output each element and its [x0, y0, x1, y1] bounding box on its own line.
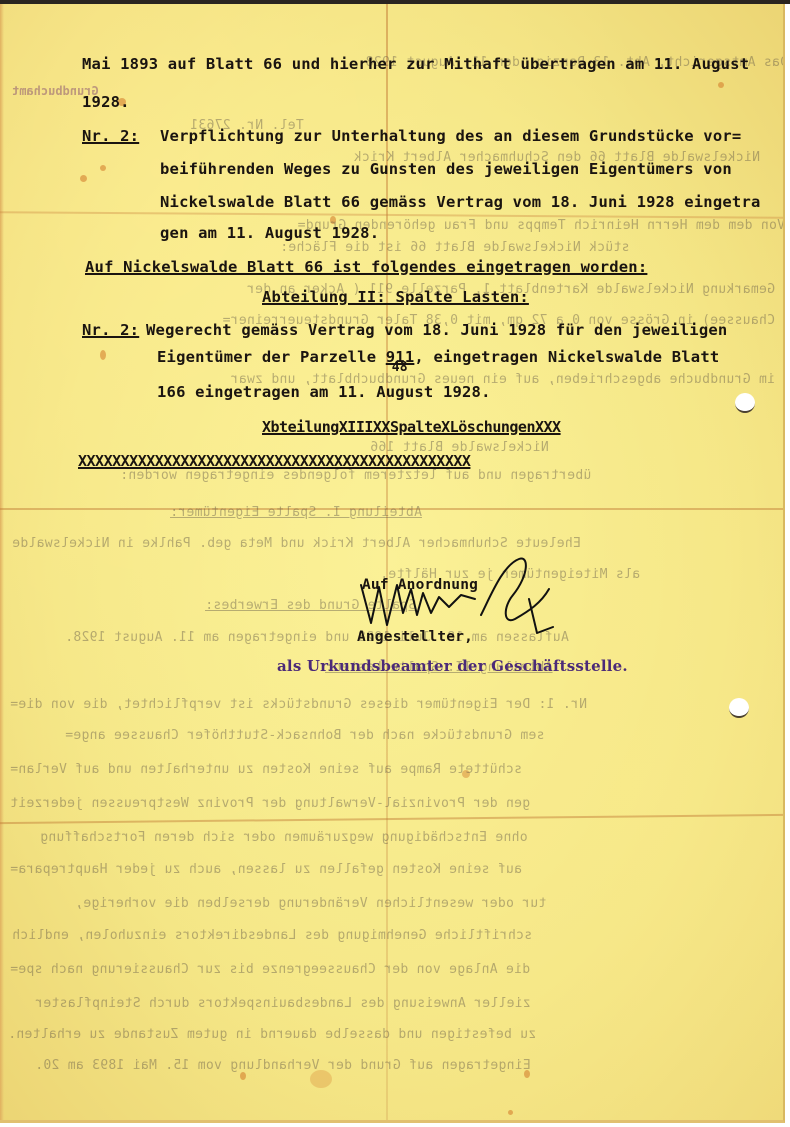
bleed-through-text: auf seine Kosten gefallen zu lassen, auc… [10, 862, 522, 877]
signatory-title: Angestellter, [357, 629, 473, 645]
text-line: Wegerecht gemäss Vertrag vom 18. Juni 19… [146, 321, 727, 339]
bleed-through-text: Nr. 1: Der Eigentümer dieses Grundstücks… [10, 697, 587, 712]
bleed-through-text: ohne Entschädigung wegzuräumen oder sich… [40, 830, 528, 845]
parcel-denominator: 48 [392, 360, 408, 375]
struck-out-line: XbteilungXIIIXXSpalteXLöschungenXXX [262, 418, 561, 436]
bleed-through-text: stück Nickelswalde Blatt 66 ist die Fläc… [280, 240, 629, 255]
bleed-through-text: übertragen und auf letzterem folgendes e… [120, 468, 591, 483]
entry-number: Nr. 2: [82, 127, 139, 145]
text-fragment: Eigentümer der Parzelle [157, 348, 386, 366]
text-fragment: , eingetragen Nickelswalde Blatt [414, 348, 719, 366]
heading-text: Auf Nickelswalde Blatt 66 ist folgendes … [85, 258, 647, 276]
text-line: gen am 11. August 1928. [160, 224, 379, 242]
stain [100, 165, 106, 171]
heading-text: Abteilung II: Spalte Lasten: [262, 288, 529, 306]
stain [80, 175, 87, 182]
bleed-through-text: zieller Anweisung des Landesbauinspektor… [35, 996, 531, 1011]
punch-hole [729, 698, 749, 718]
entry-number: Nr. 2: [82, 321, 139, 339]
parcel-fraction: 91148 [386, 348, 415, 366]
bleed-through-heading: Abteilung I. Spalte Eigentümer: [170, 505, 422, 520]
bleed-through-text: Von dem dem Herrn Heinrich Tempps und Fr… [35, 218, 785, 233]
bleed-through-text: die Anlage von der Chausseegrenze bis zu… [10, 962, 530, 977]
text-line: 1928. [82, 93, 130, 111]
text-line: beiführenden Weges zu Gunsten des jeweil… [160, 160, 732, 178]
bleed-through-text: sem Grundstücke nach der Bohnsack-Stutth… [65, 728, 544, 743]
bleed-through-text: Eheleute Schuhmacher Albert Krick und Me… [12, 536, 581, 551]
bleed-through-text: schriftliche Genehmigung des Landesdirek… [12, 928, 532, 943]
text-line: Nickelswalde Blatt 66 gemäss Vertrag vom… [160, 193, 761, 211]
stain [240, 1072, 246, 1080]
entry-nr2-label: Nr. 2: [82, 127, 139, 145]
section-heading: Auf Nickelswalde Blatt 66 ist folgendes … [85, 258, 647, 276]
text-line: Mai 1893 auf Blatt 66 und hierher zur Mi… [82, 55, 749, 73]
text-line: Verpflichtung zur Unterhaltung des an di… [160, 127, 741, 145]
bleed-through-text: gen der Provinzial-Verwaltung der Provin… [10, 796, 530, 811]
stain [100, 350, 106, 360]
stain [508, 1110, 513, 1115]
official-stamp: als Urkundsbeamter der Geschäftsstelle. [277, 657, 628, 675]
text-line: 166 eingetragen am 11. August 1928. [157, 383, 491, 401]
paper-top-edge [0, 0, 790, 4]
fold-crease [0, 814, 783, 824]
bleed-through-text: zu befestigen und dasselbe dauernd in gu… [8, 1027, 536, 1042]
text-line: Eigentümer der Parzelle 91148, eingetrag… [157, 348, 719, 366]
bleed-through-text: Eingetragen auf Grund der Verhandlung vo… [35, 1058, 531, 1073]
punch-hole [735, 393, 755, 413]
entry-nr2-label: Nr. 2: [82, 321, 139, 339]
bleed-through-text: schüttete Rampe auf seine Kosten zu unte… [10, 762, 522, 777]
bleed-through-text: Abteilung I. Spalte Eigentümer: [170, 505, 422, 520]
paper-edge [0, 0, 4, 1120]
document-page: Das Amtsgericht, Abt. 13 Danzig, den 11.… [0, 0, 785, 1123]
bleed-through-text: tur oder wesentlichen Veränderung dersel… [75, 896, 546, 911]
stain [718, 82, 724, 88]
section-subheading: Abteilung II: Spalte Lasten: [262, 288, 529, 306]
struck-out-line: XXXXXXXXXXXXXXXXXXXXXXXXXXXXXXXXXXXXXXXX… [78, 452, 470, 470]
